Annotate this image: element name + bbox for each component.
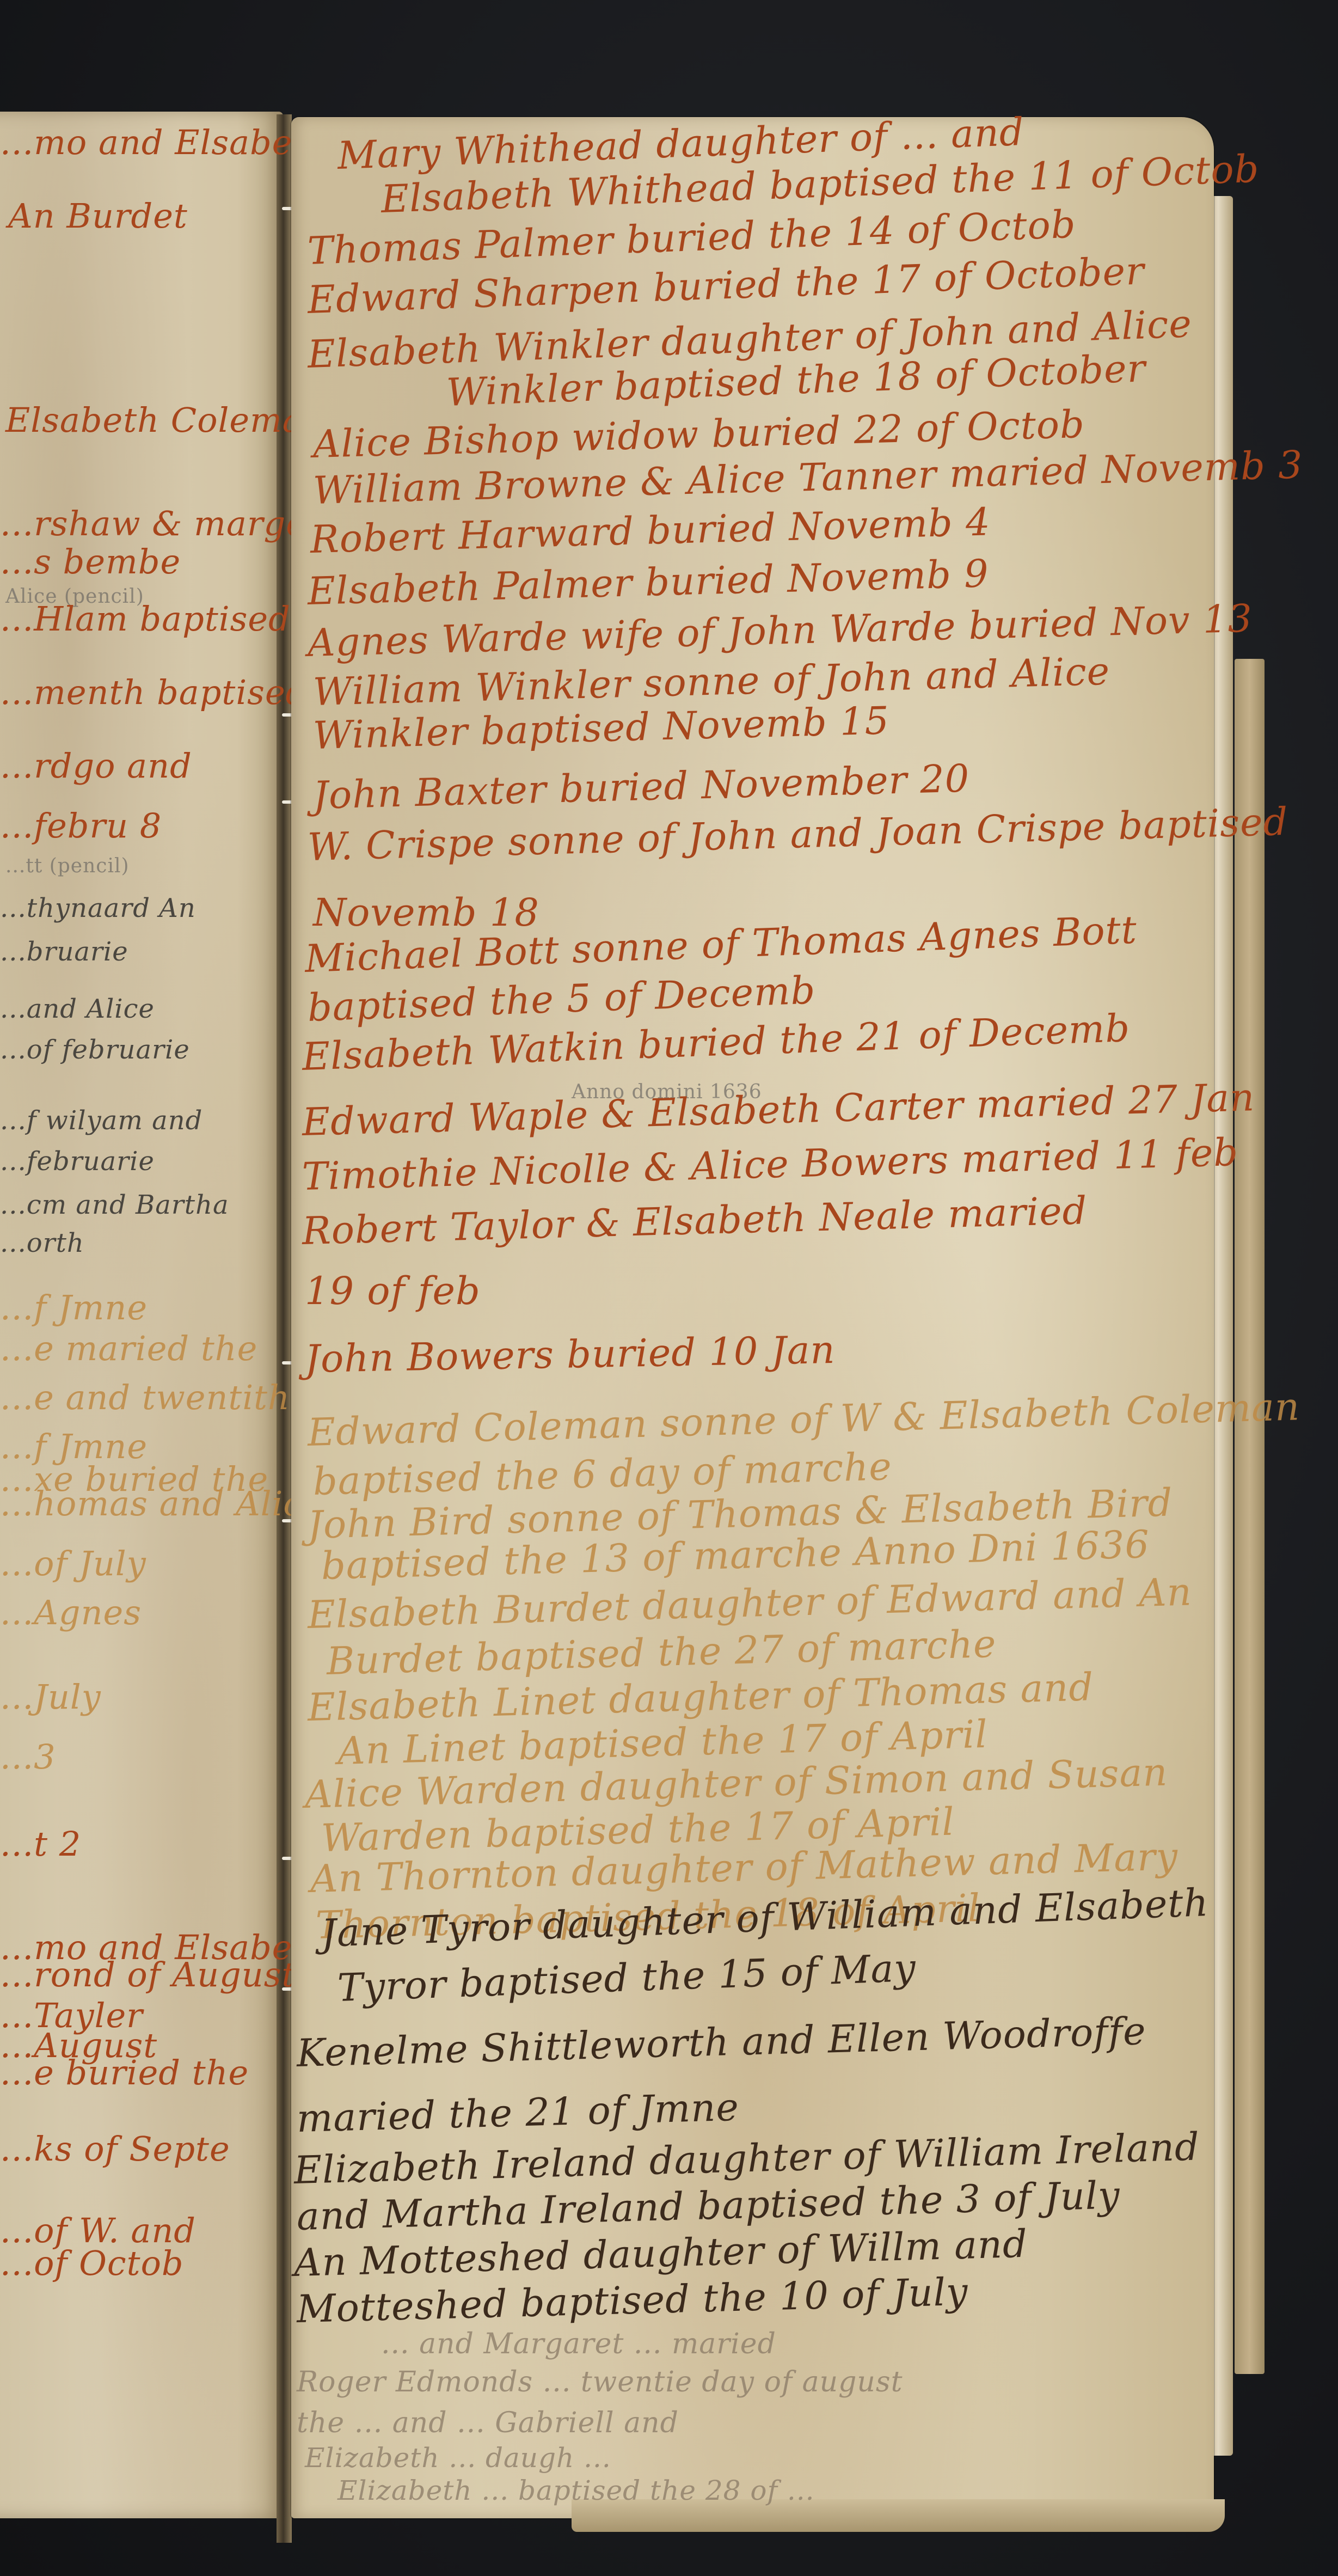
leaf-tab-edge: [1235, 659, 1265, 2374]
left-line: ...rdgo and: [0, 746, 192, 786]
left-line: ...februarie: [0, 1146, 155, 1177]
left-line: ...thynaard An: [0, 893, 196, 923]
left-line: ...Hlam baptised: [0, 599, 291, 639]
left-line: ...and Alice: [0, 994, 155, 1024]
left-line: ...f Jmne: [0, 1288, 148, 1327]
register-entry: 19 of feb: [305, 1269, 481, 1313]
left-line: ...of Octob: [0, 2243, 184, 2283]
left-line: ...of July: [0, 1544, 146, 1583]
left-line: ...s bembe: [0, 542, 181, 582]
left-line: ...e maried the: [0, 1329, 257, 1368]
register-entry: John Bowers buried 10 Jan: [304, 1327, 836, 1381]
register-entry-faint: Elizabeth ... baptised the 28 of ...: [337, 2475, 815, 2506]
register-entry-faint: the ... and ... Gabriell and: [297, 2407, 679, 2439]
register-entry-faint: ... and Margaret ... maried: [381, 2328, 776, 2360]
register-entry-faint: Elizabeth ... daugh ...: [305, 2442, 611, 2474]
left-line: ...menth baptised: [0, 672, 308, 712]
register-entry: Novemb 18: [313, 890, 539, 935]
left-line: ...cm and Bartha: [0, 1190, 229, 1220]
left-line: ...of februarie: [0, 1035, 190, 1065]
left-line: ...febru 8: [0, 806, 162, 846]
left-line: ...rond of August: [0, 1955, 296, 1994]
left-line: ...homas and Alice: [0, 1484, 323, 1523]
left-line: ...e and twentith: [0, 1378, 290, 1417]
left-line: ...mo and Elsabeth: [0, 123, 329, 162]
left-line: ...July: [0, 1677, 101, 1717]
left-line: An Burdet: [8, 196, 188, 236]
left-line: ...f wilyam and: [0, 1105, 202, 1136]
left-line: ...e buried the: [0, 2053, 249, 2092]
left-pencil-note: ...tt (pencil): [5, 855, 130, 877]
left-line: ...bruarie: [0, 937, 128, 967]
left-line: ...ks of Septe: [0, 2129, 230, 2169]
register-entry-faint: Roger Edmonds ... twentie day of august: [297, 2366, 903, 2398]
left-line: Elsabeth Coleman: [5, 400, 326, 440]
left-line: ...orth: [0, 1228, 84, 1258]
binding-gutter: [277, 114, 292, 2543]
left-line: ...t 2: [0, 1824, 81, 1864]
left-line: ...3: [0, 1737, 56, 1777]
left-line: ...Agnes: [0, 1593, 142, 1632]
